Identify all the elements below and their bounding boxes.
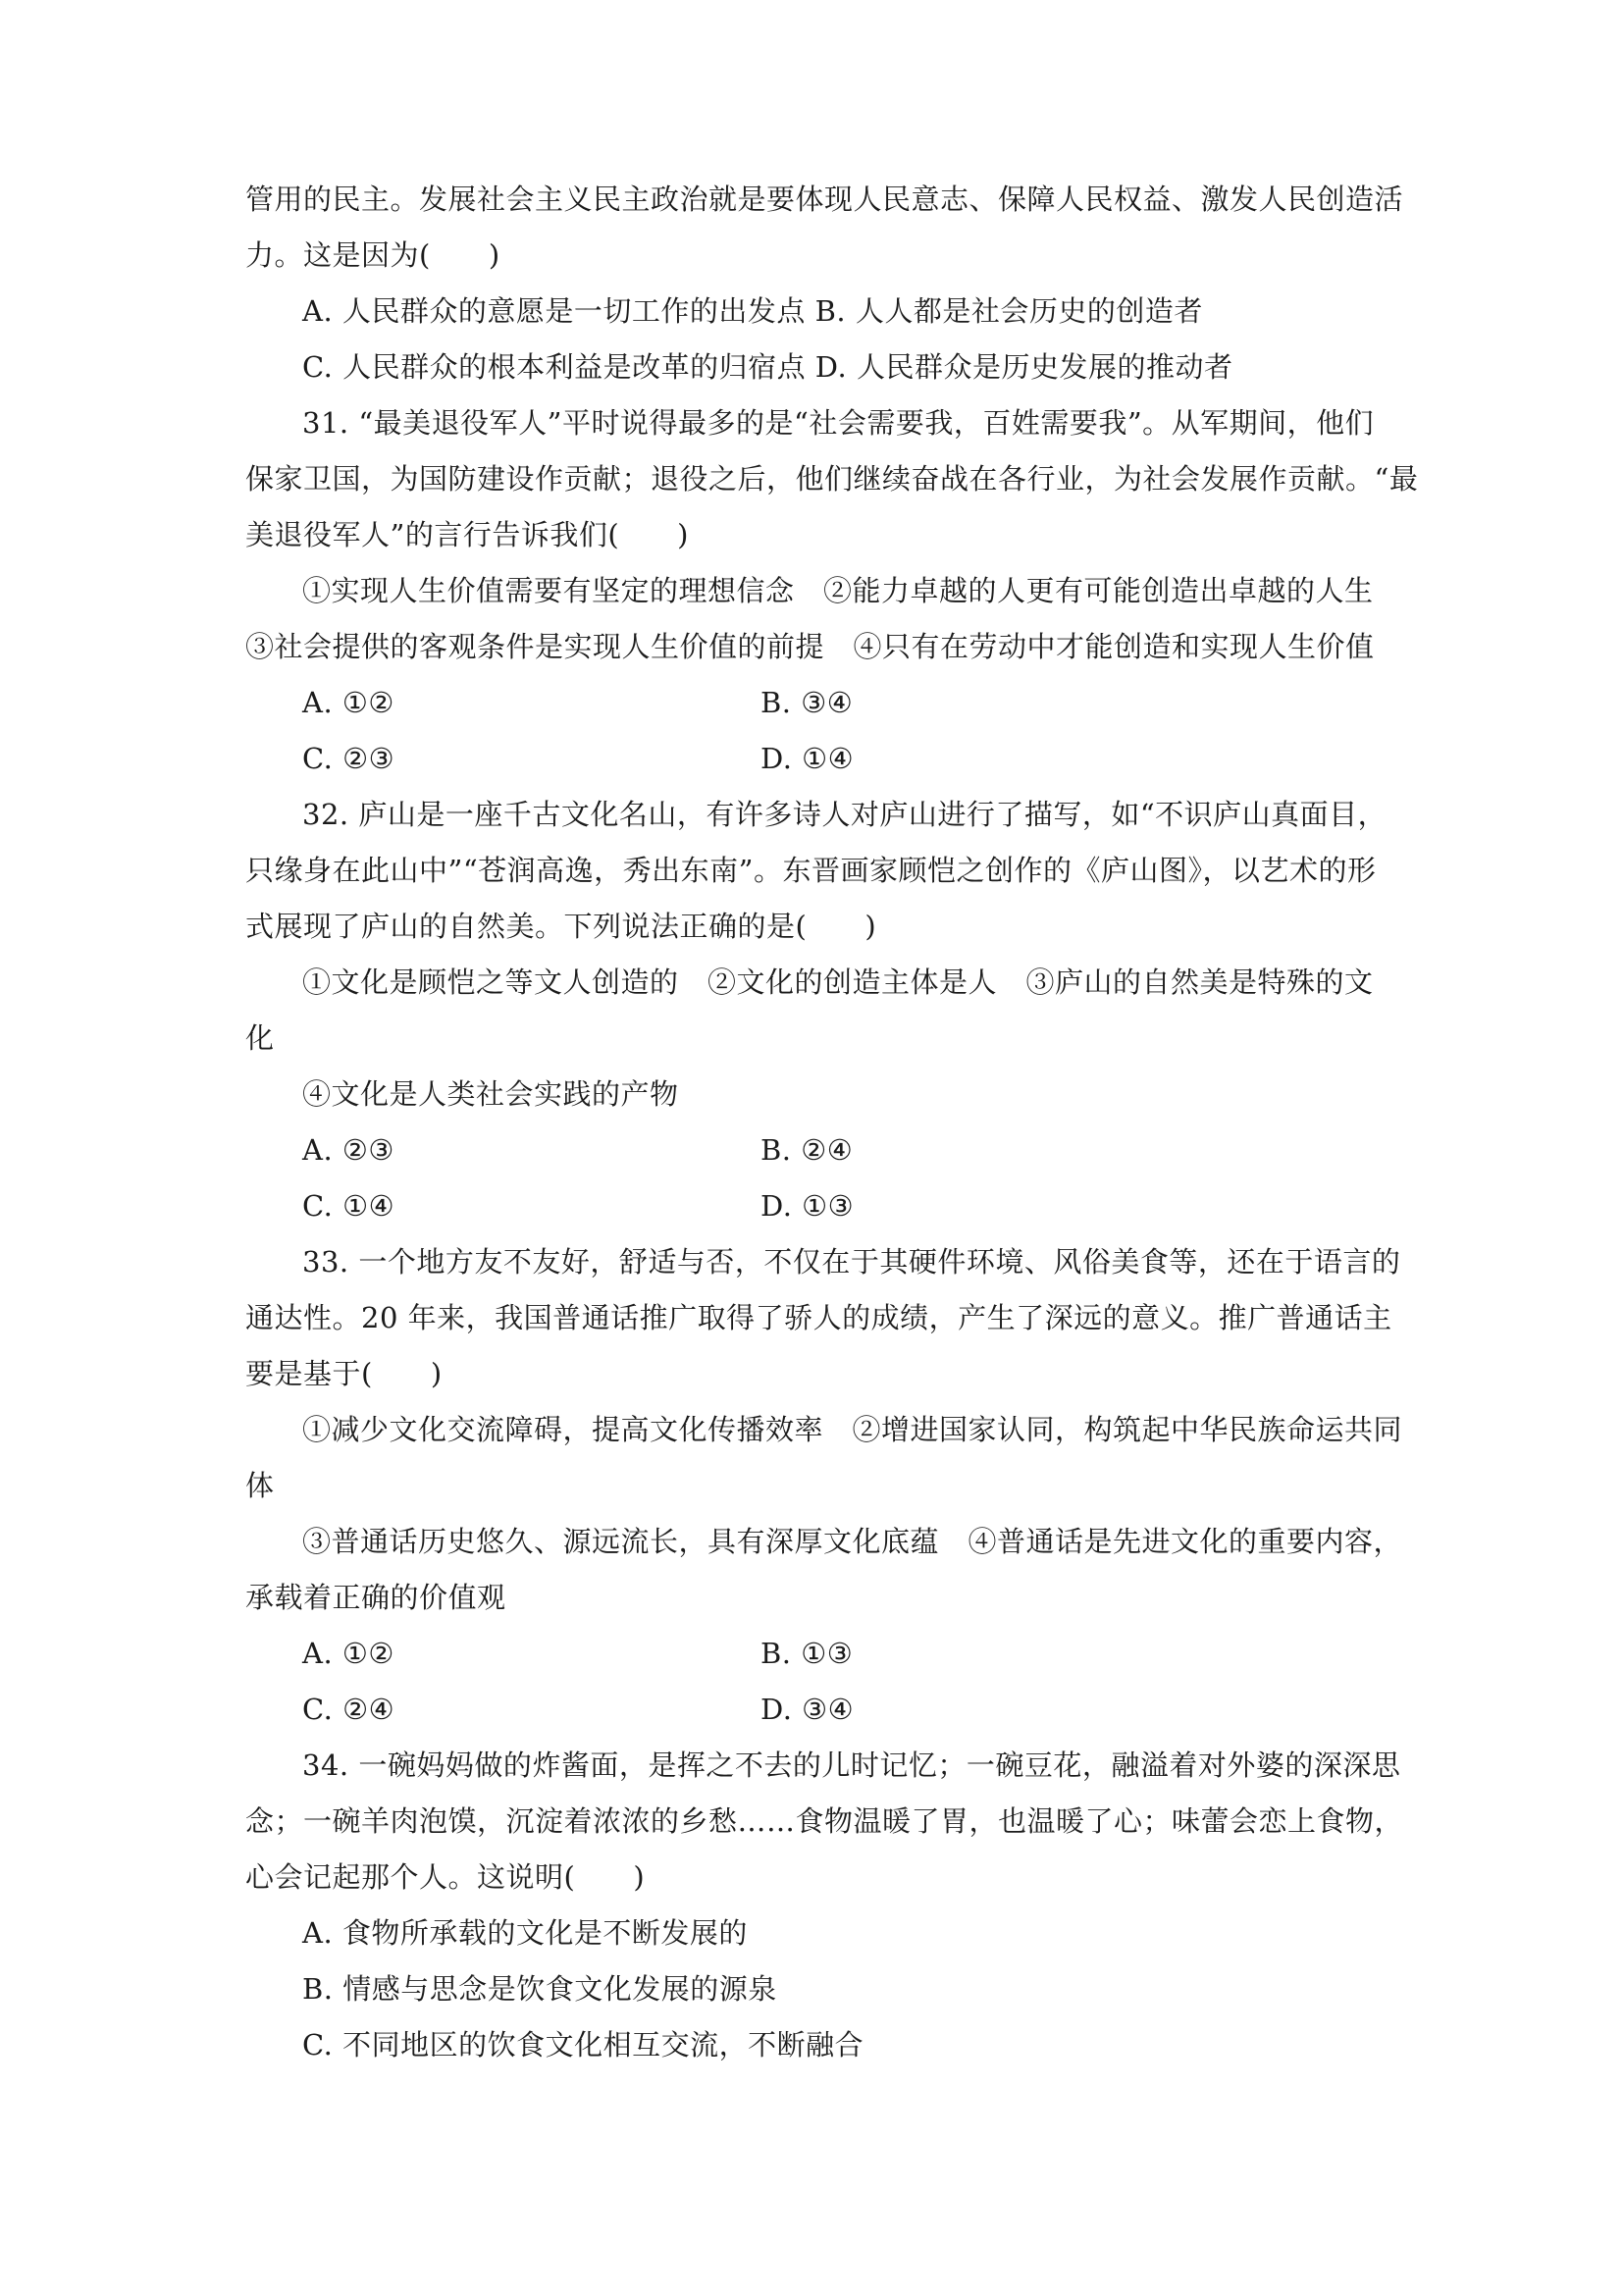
q31-body-line: 保家卫国，为国防建设作贡献；退役之后，他们继续奋战在各行业，为社会发展作贡献。“…	[245, 451, 1384, 507]
q32-statements-line: 化	[245, 1011, 1384, 1067]
q30-option-ab: A. 人民群众的意愿是一切工作的出发点 B. 人人都是社会历史的创造者	[245, 284, 1384, 339]
q33-statements-line: ①减少文化交流障碍，提高文化传播效率 ②增进国家认同，构筑起中华民族命运共同	[245, 1402, 1384, 1458]
option-cell: B. ③④	[760, 675, 853, 731]
option-cell: C. ②③	[302, 731, 760, 787]
q33-statements-line: 体	[245, 1458, 1384, 1514]
q31-option-row: A. ①②B. ③④	[245, 675, 1384, 731]
option-cell: B. ②④	[760, 1122, 853, 1178]
option-cell: C. ①④	[302, 1178, 760, 1234]
q34-option-b: B. 情感与思念是饮食文化发展的源泉	[245, 1961, 1384, 2017]
q34-body-line: 念；一碗羊肉泡馍，沉淀着浓浓的乡愁……食物温暖了胃，也温暖了心；味蕾会恋上食物，	[245, 1794, 1384, 1850]
option-cell: C. ②④	[302, 1682, 760, 1738]
q32-statements-line: ①文化是顾恺之等文人创造的 ②文化的创造主体是人 ③庐山的自然美是特殊的文	[245, 955, 1384, 1011]
q33-statements-line: ③普通话历史悠久、源远流长，具有深厚文化底蕴 ④普通话是先进文化的重要内容，	[245, 1514, 1384, 1570]
q33-body-line: 要是基于( )	[245, 1346, 1384, 1402]
q31-statements-line: ③社会提供的客观条件是实现人生价值的前提 ④只有在劳动中才能创造和实现人生价值	[245, 619, 1384, 675]
exam-page: 管用的民主。发展社会主义民主政治就是要体现人民意志、保障人民权益、激发人民创造活…	[0, 0, 1623, 2296]
q32-option-row: A. ②③B. ②④	[245, 1122, 1384, 1178]
q32-body-line: 式展现了庐山的自然美。下列说法正确的是( )	[245, 899, 1384, 955]
q31-option-row: C. ②③D. ①④	[245, 731, 1384, 787]
option-cell: A. ①②	[302, 675, 760, 731]
q32-statements-line: ④文化是人类社会实践的产物	[245, 1067, 1384, 1122]
q31-body-line: 31. “最美退役军人”平时说得最多的是“社会需要我，百姓需要我”。从军期间，他…	[245, 395, 1384, 451]
option-cell: D. ③④	[760, 1682, 854, 1738]
q33-statements-line: 承载着正确的价值观	[245, 1570, 1384, 1626]
option-cell: A. ①②	[302, 1626, 760, 1682]
q32-body-line: 只缘身在此山中”“苍润高逸，秀出东南”。东晋画家顾恺之创作的《庐山图》，以艺术的…	[245, 843, 1384, 899]
q30-option-cd: C. 人民群众的根本利益是改革的归宿点 D. 人民群众是历史发展的推动者	[245, 339, 1384, 395]
q31-statements-line: ①实现人生价值需要有坚定的理想信念 ②能力卓越的人更有可能创造出卓越的人生	[245, 563, 1384, 619]
q34-body-line: 心会记起那个人。这说明( )	[245, 1850, 1384, 1905]
option-cell: B. ①③	[760, 1626, 853, 1682]
q33-option-row: A. ①②B. ①③	[245, 1626, 1384, 1682]
q34-option-a: A. 食物所承载的文化是不断发展的	[245, 1905, 1384, 1961]
option-cell: D. ①④	[760, 731, 854, 787]
exam-text-column: 管用的民主。发展社会主义民主政治就是要体现人民意志、保障人民权益、激发人民创造活…	[245, 172, 1384, 2073]
q34-option-c: C. 不同地区的饮食文化相互交流，不断融合	[245, 2017, 1384, 2073]
q30-body-line: 管用的民主。发展社会主义民主政治就是要体现人民意志、保障人民权益、激发人民创造活	[245, 172, 1384, 228]
q33-body-line: 通达性。20 年来，我国普通话推广取得了骄人的成绩，产生了深远的意义。推广普通话…	[245, 1290, 1384, 1346]
q32-option-row: C. ①④D. ①③	[245, 1178, 1384, 1234]
q34-body-line: 34. 一碗妈妈做的炸酱面，是挥之不去的儿时记忆；一碗豆花，融溢着对外婆的深深思	[245, 1738, 1384, 1794]
q33-option-row: C. ②④D. ③④	[245, 1682, 1384, 1738]
q32-body-line: 32. 庐山是一座千古文化名山，有许多诗人对庐山进行了描写，如“不识庐山真面目，	[245, 787, 1384, 843]
q33-body-line: 33. 一个地方友不友好，舒适与否，不仅在于其硬件环境、风俗美食等，还在于语言的	[245, 1234, 1384, 1290]
option-cell: D. ①③	[760, 1178, 854, 1234]
option-cell: A. ②③	[302, 1122, 760, 1178]
q30-body-line: 力。这是因为( )	[245, 228, 1384, 284]
q31-body-line: 美退役军人”的言行告诉我们( )	[245, 507, 1384, 563]
